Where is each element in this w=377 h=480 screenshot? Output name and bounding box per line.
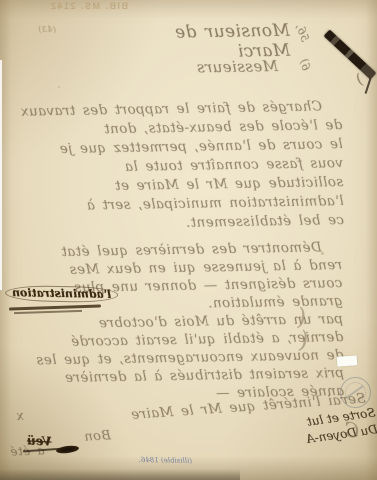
paper-speck [321,252,324,255]
scan-edge-sliver [0,60,2,290]
round-library-stamp [340,377,371,408]
pencil-squiggle: 6) [297,57,312,72]
blue-catalog-note: (illisible) 1846. [92,455,192,465]
archivist-note: Sorte et lut Du Doyen-A [291,404,377,449]
paper-repair-patch [337,355,358,366]
ink-blot [56,445,80,455]
black-diagonal-stamp [324,29,377,79]
letter-paragraph-1: Chargés de faire le rapport des travaux … [4,97,344,236]
scanned-manuscript-page: BIB. MS. 2142 (43) 56, 6) ) Monsieur de … [0,0,377,480]
scan-bottom-shadow [0,469,240,480]
pencil-folio-number: (43) [38,25,56,34]
paper-speck [58,86,60,88]
struck-ink-word: Veü [27,433,52,448]
pencil-x-mark: x [16,409,24,424]
letter-salutation: Messieurs [166,57,278,77]
black-stamp-tail [365,78,372,94]
pencil-squiggle: 56, [293,21,312,43]
letter-paragraph-2: Démontrer des dernières quel état rend à… [4,238,345,406]
pencil-bon: Bon [84,428,112,444]
pressmark-stamp: BIB. MS. 2142 [48,1,128,11]
